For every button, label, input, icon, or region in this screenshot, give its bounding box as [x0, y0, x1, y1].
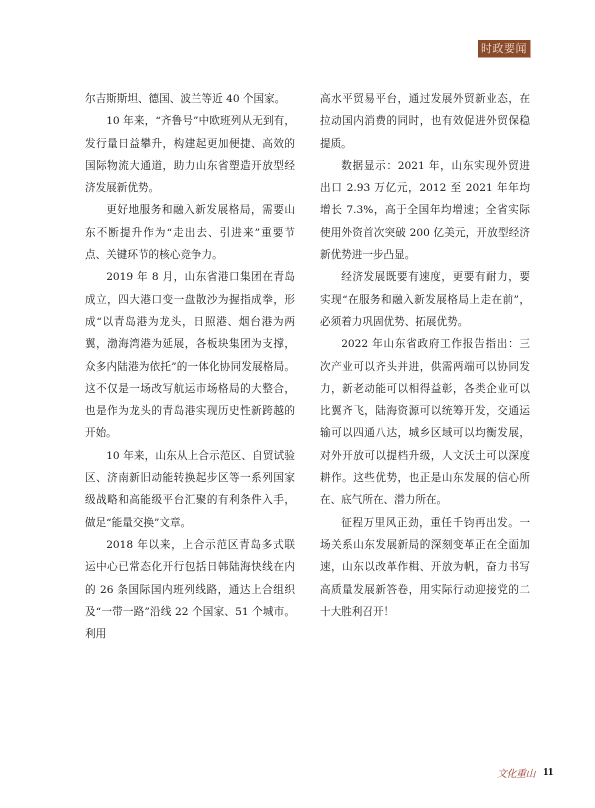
paragraph: 征程万里风正劲，重任千钧再出发。一场关系山东发展新局的深刻变革正在全面加速，山东… — [320, 512, 530, 623]
paragraph: 尔吉斯斯坦、德国、波兰等近 40 个国家。 — [85, 88, 295, 110]
paragraph: 2019 年 8 月，山东省港口集团在青岛成立，四大港口变一盘散沙为握指成拳，形… — [85, 266, 295, 444]
paragraph: 10 年来，“齐鲁号”中欧班列从无到有，发行量日益攀升，构建起更加便捷、高效的国… — [85, 110, 295, 199]
paragraph: 2018 年以来，上合示范区青岛多式联运中心已常态化开行包括日韩陆海快线在内的 … — [85, 534, 295, 645]
article-column-right: 高水平贸易平台，通过发展外贸新业态，在拉动国内消费的同时，也有效促进外贸保稳提质… — [320, 88, 530, 623]
page-footer: 文化重山 11 — [497, 764, 553, 780]
page-number: 11 — [543, 766, 553, 778]
magazine-logo: 文化重山 — [497, 765, 535, 780]
paragraph: 10 年来，山东从上合示范区、自贸试验区、济南新旧动能转换起步区等一系列国家级战… — [85, 445, 295, 534]
paragraph: 数据显示：2021 年，山东实现外贸进出口 2.93 万亿元，2012 至 20… — [320, 155, 530, 266]
paragraph: 更好地服务和融入新发展格局，需要山东不断提升作为“走出去、引进来”重要节点、关键… — [85, 199, 295, 266]
section-badge: 时政要闻 — [478, 40, 531, 58]
paragraph: 经济发展既要有速度，更要有耐力，要实现“在服务和融入新发展格局上走在前”，必须着… — [320, 266, 530, 333]
paragraph: 2022 年山东省政府工作报告指出：三次产业可以齐头并进，供需两端可以协同发力，… — [320, 333, 530, 511]
article-column-left: 尔吉斯斯坦、德国、波兰等近 40 个国家。 10 年来，“齐鲁号”中欧班列从无到… — [85, 88, 295, 645]
paragraph: 高水平贸易平台，通过发展外贸新业态，在拉动国内消费的同时，也有效促进外贸保稳提质… — [320, 88, 530, 155]
